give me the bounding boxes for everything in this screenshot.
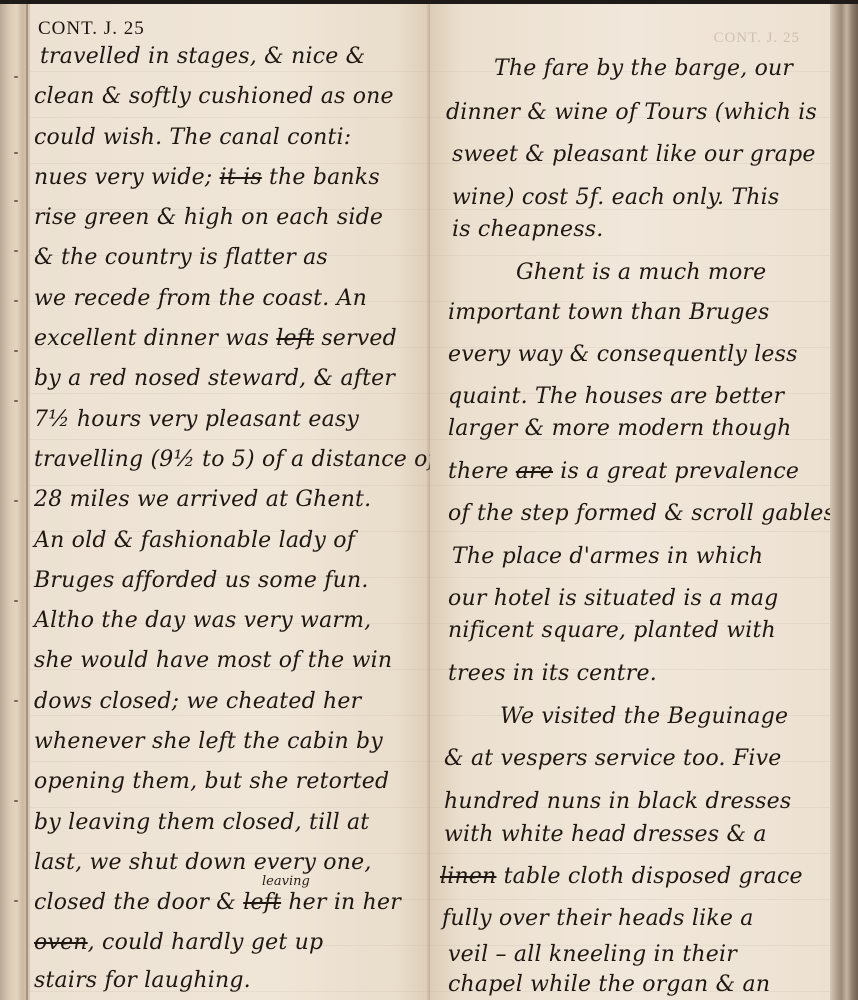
text-fragment: stairs for laughing.	[34, 968, 251, 993]
text-line: 28 miles we arrived at Ghent.	[34, 487, 371, 512]
text-line: Bruges afforded us some fun.	[34, 568, 369, 593]
text-line: there are is a great prevalence	[448, 459, 799, 484]
text-line: whenever she left the cabin by	[34, 729, 383, 754]
text-line: rise green & high on each side	[34, 205, 383, 230]
text-line: of the step formed & scroll gables.	[448, 501, 842, 526]
text-line: nues very wide; it is the banks	[34, 165, 380, 190]
text-line: last, we shut down every one,	[34, 850, 372, 875]
text-line: could wish. The canal conti:	[34, 125, 351, 150]
text-fragment: closed the door &	[34, 890, 243, 915]
right-page: CONT. J. 25 The fare by the barge, our d…	[430, 4, 830, 1000]
edge-mark	[14, 800, 18, 802]
text-fragment: served	[314, 326, 397, 351]
text-line: travelled in stages, & nice &	[40, 44, 365, 69]
edge-mark	[14, 500, 18, 502]
text-line: sweet & pleasant like our grape	[452, 142, 816, 167]
text-line: Altho the day was very warm,	[34, 608, 371, 633]
edge-mark	[14, 300, 18, 302]
edge-mark	[14, 76, 18, 78]
struck-word: it is	[220, 165, 262, 190]
text-fragment: , could hardly get up	[88, 930, 324, 955]
edge-mark	[14, 200, 18, 202]
text-line: closed the door & left her in her	[34, 890, 401, 915]
text-fragment: nues very wide;	[34, 165, 220, 190]
text-line: The fare by the barge, our	[494, 56, 793, 81]
text-fragment: excellent dinner was	[34, 326, 276, 351]
text-line: chapel while the organ & an	[448, 972, 770, 997]
text-fragment: her in her	[281, 890, 401, 915]
text-line: travelling (9½ to 5) of a distance of	[34, 447, 436, 472]
text-line: We visited the Beguinage	[500, 704, 788, 729]
text-line: clean & softly cushioned as one	[34, 84, 394, 109]
text-line: veil – all kneeling in their	[448, 942, 737, 967]
text-line: 7½ hours very pleasant easy	[34, 407, 359, 432]
text-line: by a red nosed steward, & after	[34, 366, 395, 391]
edge-mark	[14, 900, 18, 902]
text-line: dows closed; we cheated her	[34, 689, 361, 714]
struck-word: oven	[34, 930, 88, 955]
edge-mark	[14, 152, 18, 154]
text-fragment: the banks	[262, 165, 380, 190]
journal-spread: CONT. J. 25 travelled in stages, & nice …	[0, 0, 858, 1000]
text-line: Ghent is a much more	[516, 260, 766, 285]
insertion-above: leaving	[262, 874, 310, 889]
bleed-through-heading: CONT. J. 25	[713, 30, 800, 47]
page-heading: CONT. J. 25	[38, 18, 145, 40]
text-line: stairs for laughing.	[34, 968, 251, 993]
text-fragment: table cloth disposed grace	[496, 864, 802, 889]
struck-word: left	[243, 890, 281, 915]
text-line: & at vespers service too. Five	[444, 746, 781, 771]
text-line: opening them, but she retorted	[34, 769, 389, 794]
text-line: The place d'armes in which	[452, 544, 763, 569]
text-line: is cheapness.	[452, 217, 603, 242]
text-line: fully over their heads like a	[442, 906, 754, 931]
text-line: quaint. The houses are better	[448, 384, 784, 409]
text-line: wine) cost 5f. each only. This	[452, 185, 779, 210]
text-line: dinner & wine of Tours (which is	[446, 100, 817, 125]
struck-word: are	[516, 459, 553, 484]
struck-word: linen	[440, 864, 496, 889]
edge-mark	[14, 350, 18, 352]
text-line: An old & fashionable lady of	[34, 528, 355, 553]
edge-mark	[14, 700, 18, 702]
text-line: excellent dinner was left served	[34, 326, 397, 351]
text-fragment: there	[448, 459, 516, 484]
text-line: important town than Bruges	[448, 300, 770, 325]
edge-mark	[14, 600, 18, 602]
text-line: she would have most of the win	[34, 648, 392, 673]
text-line: nificent square, planted with	[448, 618, 776, 643]
struck-word: left	[276, 326, 314, 351]
text-line: & the country is flatter as	[34, 245, 328, 270]
text-line: our hotel is situated is a mag	[448, 586, 778, 611]
binding-line	[26, 4, 28, 1000]
left-page: CONT. J. 25 travelled in stages, & nice …	[30, 4, 430, 1000]
left-page-stack-edge	[0, 4, 30, 1000]
text-line: larger & more modern though	[448, 416, 791, 441]
edge-mark	[14, 250, 18, 252]
text-line: hundred nuns in black dresses	[444, 789, 791, 814]
text-line: oven, could hardly get up	[34, 930, 323, 955]
edge-mark	[14, 400, 18, 402]
text-line: linen table cloth disposed grace	[440, 864, 803, 889]
text-line: with white head dresses & a	[444, 822, 767, 847]
text-line: every way & consequently less	[448, 342, 798, 367]
text-fragment: is a great prevalence	[553, 459, 799, 484]
right-page-stack-edge	[830, 4, 858, 1000]
text-line: trees in its centre.	[448, 661, 657, 686]
text-line: by leaving them closed, till at	[34, 810, 369, 835]
text-line: we recede from the coast. An	[34, 286, 367, 311]
